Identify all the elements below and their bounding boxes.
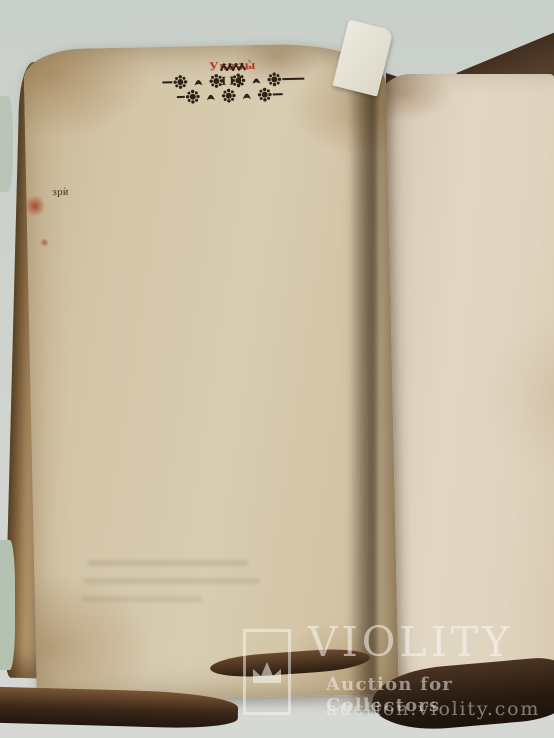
table-sliver-top <box>0 96 13 192</box>
table-sliver-bottom <box>0 540 15 670</box>
quire-signature: ІІІ <box>221 74 246 88</box>
book-photo: зрѝ Указы̀ во Ірмосѡмъ на д̃: и Кѵтіа на… <box>0 0 554 738</box>
bleed-through-text <box>82 596 202 602</box>
bleed-through-text <box>84 578 259 584</box>
red-ink-stain <box>26 194 44 218</box>
fleuron-ornament-right <box>220 59 246 73</box>
book-gutter-shadow <box>348 52 378 712</box>
printed-left-page <box>23 42 399 701</box>
small-red-stain <box>40 238 49 247</box>
margin-note: зрѝ <box>52 188 69 199</box>
bleed-through-text <box>88 560 248 566</box>
